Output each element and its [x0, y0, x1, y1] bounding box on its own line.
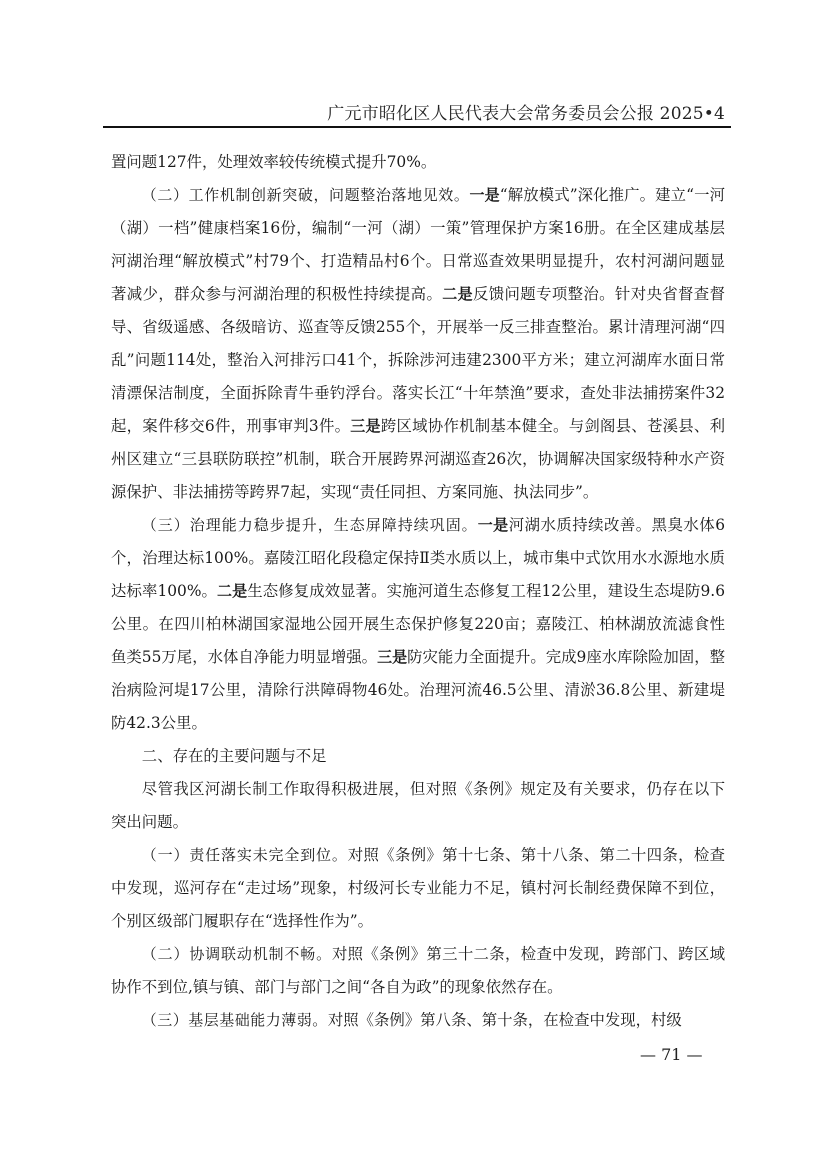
subsection-heading: （三）基层基础能力薄弱。 — [142, 1011, 328, 1029]
paragraph-work-mechanism: （二）工作机制创新突破，问题整治落地见效。一是“解放模式”深化推广。建立“一河（… — [111, 179, 725, 509]
paragraph-intro-problems: 尽管我区河湖长制工作取得积极进展，但对照《条例》规定及有关要求，仍存在以下突出问… — [111, 773, 725, 839]
paragraph-coordination: （二）协调联动机制不畅。对照《条例》第三十二条，检查中发现，跨部门、跨区域协作不… — [111, 938, 725, 1004]
document-body: 置问题127件，处理效率较传统模式提升70%。 （二）工作机制创新突破，问题整治… — [111, 146, 725, 1037]
section-heading: 二、存在的主要问题与不足 — [111, 740, 725, 773]
keyword-third: 三是 — [350, 417, 381, 435]
paragraph-grassroots: （三）基层基础能力薄弱。对照《条例》第八条、第十条，在检查中发现，村级 — [111, 1004, 725, 1037]
paragraph-responsibility: （一）责任落实未完全到位。对照《条例》第十七条、第十八条、第二十四条，检查中发现… — [111, 839, 725, 938]
paragraph-text: 置问题127件，处理效率较传统模式提升70%。 — [111, 153, 436, 171]
header-rule — [103, 126, 731, 128]
page-number: — 71 — — [640, 1045, 703, 1065]
subsection-heading: （二）协调联动机制不畅。 — [142, 945, 332, 963]
subsection-heading: （二）工作机制创新突破，问题整治落地见效。 — [142, 186, 470, 204]
keyword-second: 二是 — [442, 285, 473, 303]
page-header: 广元市昭化区人民代表大会常务委员会公报 2025•4 — [103, 104, 731, 128]
keyword-first: 一是 — [470, 186, 500, 204]
paragraph-text: 尽管我区河湖长制工作取得积极进展，但对照《条例》规定及有关要求，仍存在以下突出问… — [111, 780, 725, 831]
paragraph-text: 反馈问题专项整治。针对央省督查督导、省级遥感、各级暗访、巡查等反馈255个，开展… — [111, 285, 725, 435]
subsection-heading: （三）治理能力稳步提升，生态屏障持续巩固。 — [142, 516, 478, 534]
keyword-second: 二是 — [217, 582, 247, 600]
paragraph-continuation: 置问题127件，处理效率较传统模式提升70%。 — [111, 146, 725, 179]
subsection-heading: （一）责任落实未完全到位。 — [142, 846, 348, 864]
paragraph-text: 对照《条例》第八条、第十条，在检查中发现，村级 — [328, 1011, 682, 1029]
publication-title: 广元市昭化区人民代表大会常务委员会公报 2025•4 — [327, 104, 725, 124]
keyword-third: 三是 — [377, 648, 407, 666]
paragraph-governance-capacity: （三）治理能力稳步提升，生态屏障持续巩固。一是河湖水质持续改善。黑臭水体6个，治… — [111, 509, 725, 740]
keyword-first: 一是 — [478, 516, 509, 534]
